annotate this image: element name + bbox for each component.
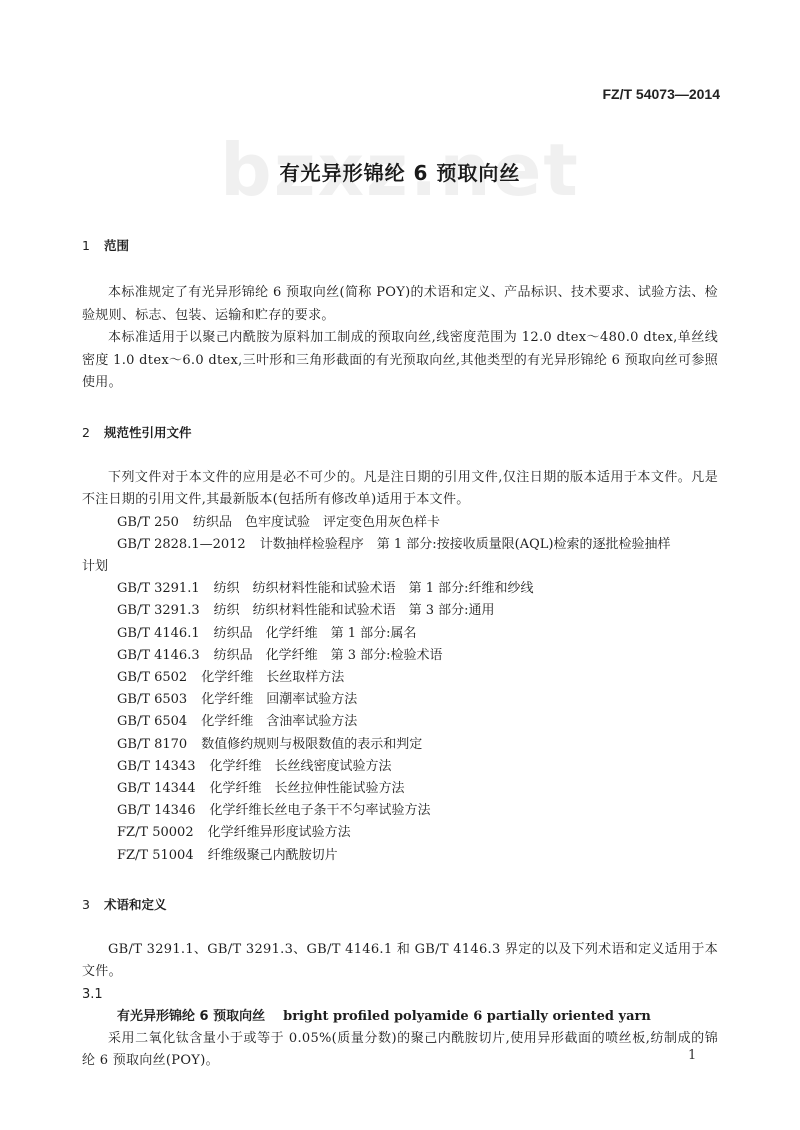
document-title: 有光异形锦纶 6 预取向丝	[0, 157, 800, 186]
reference-title: 数值修约规则与极限数值的表示和判定	[201, 737, 422, 752]
section-heading: 1范围	[82, 236, 718, 256]
reference-code: GB/T 14344	[117, 781, 195, 796]
reference-code: GB/T 8170	[117, 737, 187, 752]
term-entry: 有光异形锦纶 6 预取向丝bright profiled polyamide 6…	[82, 1006, 718, 1028]
reference-code: GB/T 14343	[117, 759, 195, 774]
reference-item: GB/T 2828.1—2012计数抽样检验程序 第 1 部分:按接收质量限(A…	[82, 534, 718, 556]
reference-code: GB/T 2828.1—2012	[117, 537, 246, 552]
reference-title: 纺织品 化学纤维 第 3 部分:检验术语	[214, 648, 443, 663]
term-chinese: 有光异形锦纶 6 预取向丝	[117, 1009, 265, 1024]
reference-code: GB/T 3291.1	[117, 581, 200, 596]
section-title: 范围	[104, 238, 129, 253]
reference-item: GB/T 250纺织品 色牢度试验 评定变色用灰色样卡	[82, 512, 718, 534]
document-code: FZ/T 54073—2014	[602, 86, 720, 102]
reference-code: FZ/T 50002	[117, 825, 194, 840]
reference-title: 化学纤维长丝电子条干不匀率试验方法	[209, 803, 430, 818]
reference-item: GB/T 14346化学纤维长丝电子条干不匀率试验方法	[82, 800, 718, 822]
reference-title: 计数抽样检验程序 第 1 部分:按接收质量限(AQL)检索的逐批检验抽样	[260, 537, 671, 552]
reference-title: 纺织 纺织材料性能和试验术语 第 3 部分:通用	[214, 603, 495, 618]
section-terms-and-definitions: 3术语和定义 GB/T 3291.1、GB/T 3291.3、GB/T 4146…	[82, 895, 718, 1073]
reference-code: GB/T 6504	[117, 714, 187, 729]
reference-title: 化学纤维 含油率试验方法	[201, 714, 357, 729]
section-title: 术语和定义	[104, 897, 167, 912]
reference-code: GB/T 6502	[117, 670, 187, 685]
section-scope: 1范围 本标准规定了有光异形锦纶 6 预取向丝(简称 POY)的术语和定义、产品…	[82, 236, 718, 395]
reference-title: 纺织 纺织材料性能和试验术语 第 1 部分:纤维和纱线	[214, 581, 534, 596]
section-normative-references: 2规范性引用文件 下列文件对于本文件的应用是必不可少的。凡是注日期的引用文件,仅…	[82, 423, 718, 867]
reference-item: GB/T 8170数值修约规则与极限数值的表示和判定	[82, 734, 718, 756]
reference-code: GB/T 6503	[117, 692, 187, 707]
reference-code: GB/T 250	[117, 515, 179, 530]
section-number: 3	[82, 895, 104, 915]
section-number: 1	[82, 236, 104, 256]
document-body: 1范围 本标准规定了有光异形锦纶 6 预取向丝(简称 POY)的术语和定义、产品…	[82, 236, 718, 1073]
reference-title: 化学纤维 长丝拉伸性能试验方法	[209, 781, 404, 796]
reference-title: 化学纤维 长丝线密度试验方法	[209, 759, 391, 774]
reference-item: FZ/T 50002化学纤维异形度试验方法	[82, 822, 718, 844]
paragraph: 本标准规定了有光异形锦纶 6 预取向丝(简称 POY)的术语和定义、产品标识、技…	[82, 282, 718, 327]
reference-item: GB/T 6504化学纤维 含油率试验方法	[82, 711, 718, 733]
reference-title: 化学纤维 回潮率试验方法	[201, 692, 357, 707]
reference-item: GB/T 14343化学纤维 长丝线密度试验方法	[82, 756, 718, 778]
reference-item: FZ/T 51004纤维级聚己内酰胺切片	[82, 845, 718, 867]
reference-code: GB/T 3291.3	[117, 603, 200, 618]
reference-item: GB/T 4146.3纺织品 化学纤维 第 3 部分:检验术语	[82, 645, 718, 667]
reference-title: 化学纤维 长丝取样方法	[201, 670, 344, 685]
term-english: bright profiled polyamide 6 partially or…	[283, 1009, 651, 1024]
reference-code: FZ/T 51004	[117, 848, 194, 863]
reference-item: GB/T 4146.1纺织品 化学纤维 第 1 部分:属名	[82, 623, 718, 645]
reference-item: GB/T 3291.1纺织 纺织材料性能和试验术语 第 1 部分:纤维和纱线	[82, 578, 718, 600]
reference-item: GB/T 14344化学纤维 长丝拉伸性能试验方法	[82, 778, 718, 800]
section-title: 规范性引用文件	[104, 425, 192, 440]
reference-continuation: 计划	[82, 556, 718, 578]
reference-item: GB/T 3291.3纺织 纺织材料性能和试验术语 第 3 部分:通用	[82, 600, 718, 622]
section-heading: 2规范性引用文件	[82, 423, 718, 443]
term-definition: 采用二氧化钛含量小于或等于 0.05%(质量分数)的聚己内酰胺切片,使用异形截面…	[82, 1028, 718, 1073]
reference-title: 纺织品 色牢度试验 评定变色用灰色样卡	[193, 515, 440, 530]
reference-title: 纺织品 化学纤维 第 1 部分:属名	[214, 626, 417, 641]
section-number: 2	[82, 423, 104, 443]
reference-item: GB/T 6503化学纤维 回潮率试验方法	[82, 689, 718, 711]
subsection-number: 3.1	[82, 984, 718, 1006]
paragraph: 下列文件对于本文件的应用是必不可少的。凡是注日期的引用文件,仅注日期的版本适用于…	[82, 467, 718, 512]
reference-title: 化学纤维异形度试验方法	[208, 825, 351, 840]
reference-code: GB/T 14346	[117, 803, 195, 818]
paragraph: GB/T 3291.1、GB/T 3291.3、GB/T 4146.1 和 GB…	[82, 939, 718, 984]
reference-code: GB/T 4146.1	[117, 626, 200, 641]
reference-list: GB/T 250纺织品 色牢度试验 评定变色用灰色样卡 GB/T 2828.1—…	[82, 512, 718, 867]
reference-item: GB/T 6502化学纤维 长丝取样方法	[82, 667, 718, 689]
paragraph: 本标准适用于以聚己内酰胺为原料加工制成的预取向丝,线密度范围为 12.0 dte…	[82, 327, 718, 395]
section-heading: 3术语和定义	[82, 895, 718, 915]
reference-code: GB/T 4146.3	[117, 648, 200, 663]
reference-title: 纤维级聚己内酰胺切片	[208, 848, 338, 863]
